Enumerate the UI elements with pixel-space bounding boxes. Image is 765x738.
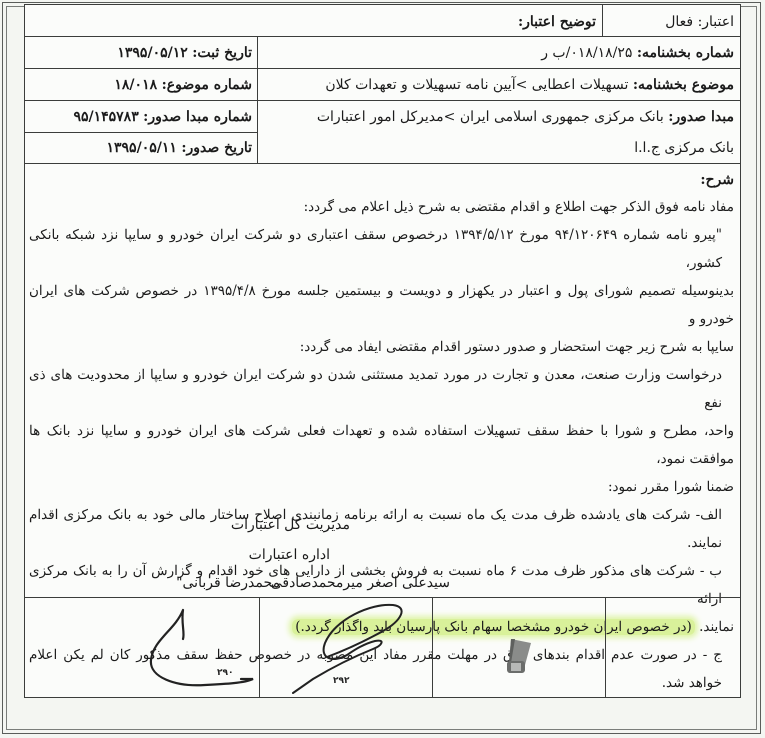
subject-number-label: شماره موضوع: (162, 77, 252, 93)
signature-1: ۲۹۰ (145, 605, 255, 695)
issuer-number-value: ۹۵/۱۴۵۷۸۳ (73, 109, 138, 125)
paragraph-2-line-2: واحد، مطرح و شورا با حفظ سقف تسهیلات است… (29, 417, 734, 473)
subject-number-field: شماره موضوع: ۱۸/۰۱۸ (114, 76, 252, 94)
paragraph-2-line-3: ضمنا شورا مقرر نمود: (29, 473, 734, 501)
row-line-1 (25, 36, 740, 37)
issue-date-value: ۱۳۹۵/۰۵/۱۱ (107, 140, 177, 156)
circular-subject-field: موضوع بخشنامه: تسهیلات اعطایی >آیین نامه… (325, 76, 734, 94)
circular-subject-label: موضوع بخشنامه: (633, 77, 734, 93)
paragraph-1-line-1: "پیرو نامه شماره ۹۴/۱۲۰۶۴۹ مورخ ۱۳۹۴/۵/۱… (29, 221, 734, 277)
row-line-5 (25, 163, 740, 164)
paragraph-1-line-2: بدینوسیله تصمیم شورای پول و اعتبار در یک… (29, 277, 734, 333)
circular-number-value: ۰۱۸/۱۸/۲۵/ب ر (541, 45, 632, 61)
issuer-value: بانک مرکزی جمهوری اسلامی ایران >مدیرکل ا… (317, 109, 664, 125)
item-a: الف- شرکت های یادشده ظرف مدت یک ماه نسبت… (29, 501, 734, 557)
signature-row-top (25, 597, 740, 598)
sig-divider-2 (432, 597, 433, 697)
signatory-name-2: محمدرضا قربانی" (176, 574, 280, 592)
circular-document: اعتبار: فعال توضیح اعتبار: شماره بخشنامه… (24, 4, 741, 698)
intro-line: مفاد نامه فوق الذکر جهت اطلاع و اقدام مق… (29, 193, 734, 221)
registration-date-field: تاریخ ثبت: ۱۳۹۵/۰۵/۱۲ (117, 44, 252, 62)
paragraph-1-line-3: سایپا به شرح زیر جهت استحضار و صدور دستو… (29, 333, 734, 361)
item-b-line-2-start: نمایند. (699, 619, 734, 635)
status-value: فعال (665, 14, 693, 30)
issuer-field: مبدا صدور: بانک مرکزی جمهوری اسلامی ایرا… (317, 108, 734, 126)
circular-subject-value: تسهیلات اعطایی >آیین نامه تسهیلات و تعهد… (325, 77, 628, 93)
issuer-label: مبدا صدور: (668, 109, 734, 125)
issue-date-field: تاریخ صدور: ۱۳۹۵/۰۵/۱۱ (107, 139, 253, 157)
row-line-3 (25, 100, 740, 101)
registration-date-value: ۱۳۹۵/۰۵/۱۲ (117, 45, 187, 61)
row1-divider (602, 5, 603, 36)
signature-1-number: ۲۹۰ (217, 668, 233, 678)
signature-2-number: ۲۹۲ (333, 676, 350, 686)
circular-number-field: شماره بخشنامه: ۰۱۸/۱۸/۲۵/ب ر (541, 44, 734, 62)
issuer-number-label: شماره مبدا صدور: (143, 109, 252, 125)
status-label: اعتبار: (698, 14, 734, 30)
registration-date-label: تاریخ ثبت: (192, 45, 252, 61)
status-field: اعتبار: فعال (665, 13, 734, 31)
description-heading: شرح: (700, 171, 734, 189)
circular-number-label: شماره بخشنامه: (637, 45, 734, 61)
issue-date-label: تاریخ صدور: (181, 140, 252, 156)
issuer-number-field: شماره مبدا صدور: ۹۵/۱۴۵۷۸۳ (73, 108, 252, 126)
signatory-name-1: سیدعلی اصغر میرمحمدصادقی (271, 574, 450, 592)
stamp-icon (503, 637, 537, 677)
sig-divider-3 (605, 597, 606, 697)
signatory-department: مدیریت کل اعتبارات (231, 516, 350, 534)
issuer-value-line2: بانک مرکزی ج.ا.ا (634, 139, 734, 157)
sig-divider-1 (259, 597, 260, 697)
paragraph-2-line-1: درخواست وزارت صنعت، معدن و تجارت در مورد… (29, 361, 734, 417)
signatory-office: اداره اعتبارات (249, 546, 330, 564)
row-line-2 (25, 68, 740, 69)
subject-number-value: ۱۸/۰۱۸ (114, 77, 157, 93)
status-description-label: توضیح اعتبار: (518, 13, 596, 31)
signature-2: ۲۹۲ (283, 601, 413, 697)
row-line-4-left (25, 132, 257, 133)
